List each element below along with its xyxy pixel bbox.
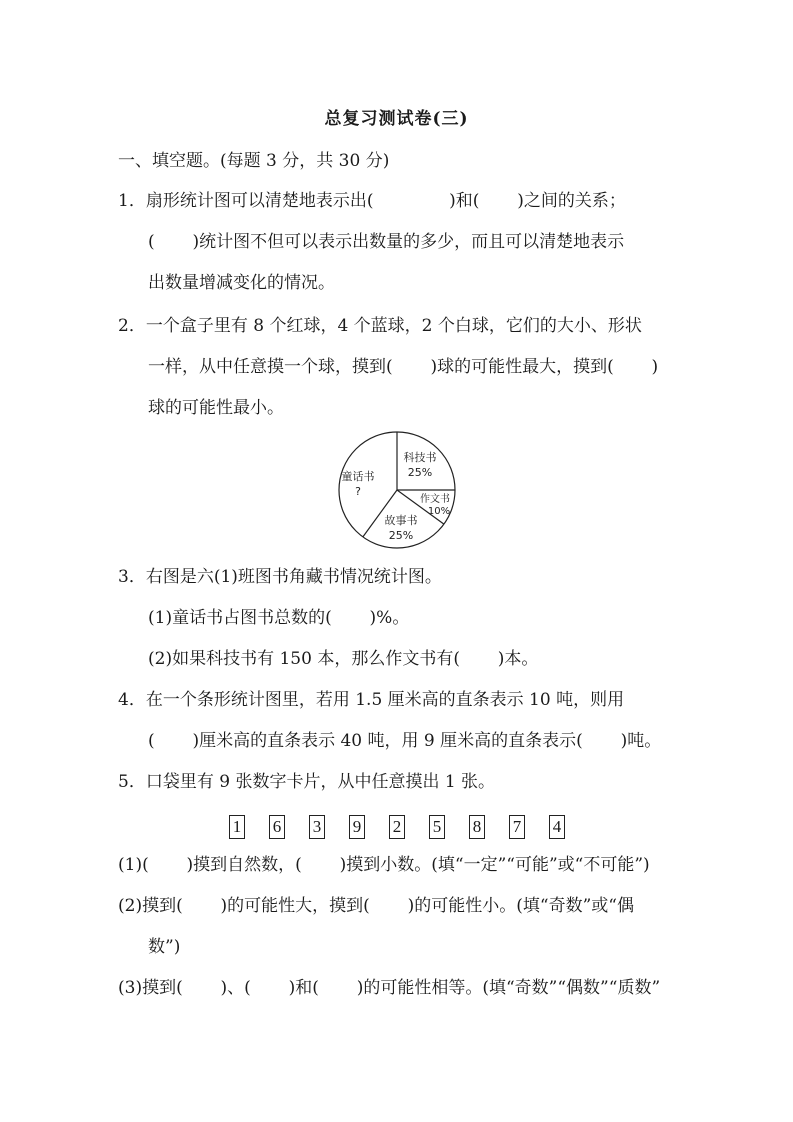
question-3-line-1: 3．右图是六(1)班图书角藏书情况统计图。	[118, 566, 442, 588]
question-1-line-2: ( )统计图不但可以表示出数量的多少，而且可以清楚地表示	[148, 231, 624, 253]
slice-label-composition: 作文书	[420, 492, 450, 505]
question-4-line-2: ( )厘米高的直条表示 40 吨，用 9 厘米高的直条表示( )吨。	[148, 730, 661, 752]
number-card: 4	[549, 815, 565, 839]
question-5-sub-2-line-2: 数”)	[148, 936, 180, 958]
slice-value-fairytale: ?	[355, 485, 361, 498]
slice-label-tech: 科技书	[404, 450, 437, 464]
slice-label-fairytale: 童话书	[342, 469, 375, 483]
page-title: 总复习测试卷(三)	[0, 104, 793, 129]
question-3-sub-1: (1)童话书占图书总数的( )%。	[148, 607, 409, 629]
number-cards: 1 6 3 9 2 5 8 7 4	[229, 815, 569, 841]
number-card: 8	[469, 815, 485, 839]
number-card: 2	[389, 815, 405, 839]
question-4-line-1: 4．在一个条形统计图里，若用 1.5 厘米高的直条表示 10 吨，则用	[118, 689, 624, 711]
slice-label-story: 故事书	[385, 513, 418, 527]
pie-chart-svg: 科技书 25% 作文书 10% 故事书 25% 童话书 ?	[334, 428, 460, 554]
slice-value-tech: 25%	[408, 466, 432, 479]
question-2-line-1: 2．一个盒子里有 8 个红球，4 个蓝球，2 个白球，它们的大小、形状	[118, 315, 642, 337]
question-5-sub-1: (1)( )摸到自然数，( )摸到小数。(填“一定”“可能”或“不可能”)	[118, 854, 650, 876]
question-5-line-1: 5．口袋里有 9 张数字卡片，从中任意摸出 1 张。	[118, 771, 495, 793]
question-2-line-2: 一样，从中任意摸一个球，摸到( )球的可能性最大，摸到( )	[148, 356, 658, 378]
question-5-sub-3: (3)摸到( )、( )和( )的可能性相等。(填“奇数”“偶数”“质数”	[118, 977, 660, 999]
number-card: 7	[509, 815, 525, 839]
question-1-line-1: 1．扇形统计图可以清楚地表示出( )和( )之间的关系；	[118, 190, 626, 212]
section-header: 一、填空题。(每题 3 分，共 30 分)	[118, 150, 389, 172]
slice-value-composition: 10%	[428, 506, 450, 517]
number-card: 6	[269, 815, 285, 839]
pie-chart: 科技书 25% 作文书 10% 故事书 25% 童话书 ?	[334, 428, 460, 554]
question-1-line-3: 出数量增减变化的情况。	[148, 272, 335, 294]
question-2-line-3: 球的可能性最小。	[148, 397, 284, 419]
number-card: 3	[309, 815, 325, 839]
question-5-sub-2-line-1: (2)摸到( )的可能性大，摸到( )的可能性小。(填“奇数”或“偶	[118, 895, 634, 917]
number-card: 1	[229, 815, 245, 839]
number-card: 5	[429, 815, 445, 839]
question-3-sub-2: (2)如果科技书有 150 本，那么作文书有( )本。	[148, 648, 538, 670]
number-card: 9	[349, 815, 365, 839]
slice-value-story: 25%	[389, 529, 413, 542]
